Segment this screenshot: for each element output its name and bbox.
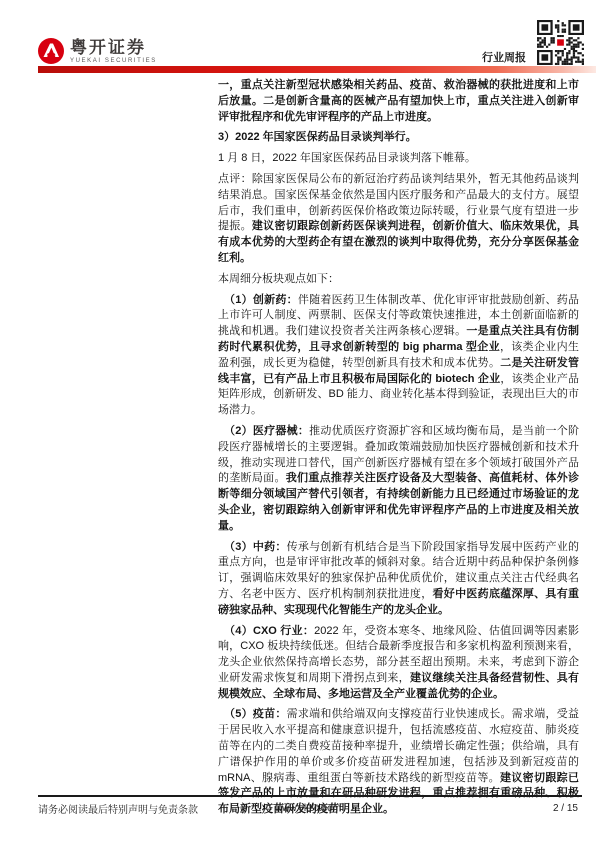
- paragraph: 一，重点关注新型冠状感染相关药品、疫苗、救治器械的获批进度和上市后放量。二是创新…: [218, 78, 579, 125]
- text-segment: 一，重点关注新型冠状感染相关药品、疫苗、救治器械的获批进度和上市后放量。二是创新…: [218, 79, 579, 123]
- footer-page-number: 2 / 15: [398, 803, 578, 814]
- footer-disclaimer: 请务必阅读最后特别声明与免责条款: [38, 801, 218, 816]
- text-segment: 本周细分板块观点如下：: [218, 273, 339, 285]
- text-segment: 1 月 8 日，2022 年国家医保药品目录谈判落下帷幕。: [218, 152, 476, 164]
- brand-name-en: YUEKAI SECURITIES: [70, 58, 157, 64]
- yuekai-logo-icon: [38, 38, 64, 64]
- paragraph: 1 月 8 日，2022 年国家医保药品目录谈判落下帷幕。: [218, 151, 579, 167]
- text-segment: （5）疫苗：: [224, 708, 287, 720]
- paragraph-tcm: （3）中药：传承与创新有机结合是当下阶段国家指导发展中医药产业的重点方向，也是审…: [218, 540, 579, 619]
- text-segment: （3）中药：: [224, 541, 287, 553]
- paragraph-innovative-drugs: （1）创新药：伴随着医药卫生体制改革、优化审评审批鼓励创新、药品上市许可人制度、…: [218, 293, 579, 419]
- brand-name-cn: 粤开证券: [70, 39, 157, 56]
- report-page: 粤开证券 YUEKAI SECURITIES 行业周报: [0, 0, 596, 842]
- paragraph-medical-devices: （2）医疗器械：推动优质医疗资源扩容和区域均衡布局，是当前一个阶段医疗器械增长的…: [218, 424, 579, 535]
- paragraph: 点评：除国家医保局公布的新冠治疗药品谈判结果外，暂无其他药品谈判结果消息。国家医…: [218, 172, 579, 267]
- qr-code-icon: [537, 20, 584, 65]
- header-accent-bar: [38, 66, 596, 73]
- brand-name: 粤开证券 YUEKAI SECURITIES: [70, 39, 157, 64]
- text-segment: 3）2022 年国家医保药品目录谈判举行。: [218, 131, 417, 143]
- text-segment: （4）CXO 行业：: [224, 625, 314, 637]
- text-segment: 建议密切跟踪创新药医保谈判进程，创新价值大、临床效果优，具有成本优势的大型药企有…: [218, 220, 579, 264]
- report-body: 一，重点关注新型冠状感染相关药品、疫苗、救治器械的获批进度和上市后放量。二是创新…: [218, 78, 579, 823]
- paragraph: 3）2022 年国家医保药品目录谈判举行。: [218, 130, 579, 146]
- page-footer: 请务必阅读最后特别声明与免责条款 www.ykzq.com 2 / 15: [38, 801, 578, 815]
- page-header: 粤开证券 YUEKAI SECURITIES 行业周报: [0, 0, 596, 76]
- paragraph: 本周细分板块观点如下：: [218, 272, 579, 288]
- brand-logo: 粤开证券 YUEKAI SECURITIES: [38, 38, 157, 64]
- text-segment: （1）创新药：: [224, 294, 298, 306]
- footer-website: www.ykzq.com: [218, 803, 398, 814]
- footer-divider: [38, 795, 582, 797]
- report-type-label: 行业周报: [482, 49, 526, 65]
- text-segment: （2）医疗器械：: [224, 425, 309, 437]
- paragraph-cxo: （4）CXO 行业：2022 年，受资本寒冬、地缘风险、估值回调等因素影响，CX…: [218, 624, 579, 703]
